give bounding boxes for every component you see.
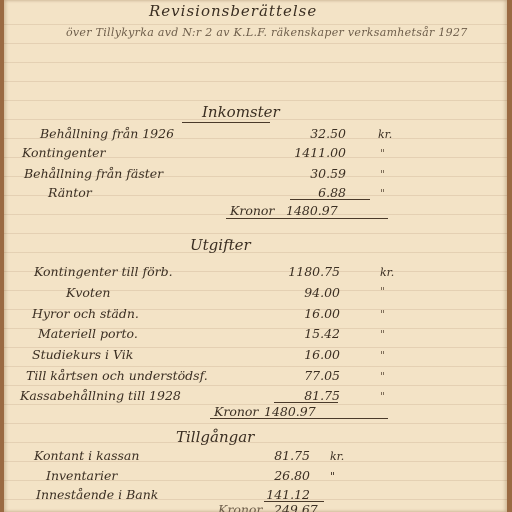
row-unit: " [330, 470, 335, 483]
row-unit: " [380, 147, 385, 160]
row-amount: 32.50 [266, 126, 346, 141]
row-unit: kr. [378, 128, 392, 141]
row-unit: kr. [380, 266, 394, 279]
ledger-page: Revisionsberättelse över Tillykyrka avd … [4, 0, 507, 512]
total-amount: 1480.97 [264, 404, 316, 419]
row-amount: 26.80 [230, 468, 310, 483]
row-unit: kr. [330, 450, 344, 463]
row-amount: 6.88 [266, 185, 346, 200]
total-label: Kronor [230, 203, 274, 218]
row-unit: " [380, 168, 385, 181]
row-amount: 1411.00 [266, 145, 346, 160]
row-amount: 30.59 [266, 166, 346, 181]
row-label: Hyror och städn. [32, 306, 139, 321]
row-label: Behållning från 1926 [40, 126, 174, 141]
total-amount: 1480.97 [286, 203, 338, 218]
row-label: Innestående i Bank [36, 487, 158, 502]
row-amount: 16.00 [260, 347, 340, 362]
row-amount: 81.75 [230, 448, 310, 463]
assets-heading: Tillgångar [176, 428, 254, 446]
expenses-heading: Utgifter [190, 236, 251, 254]
income-total-underline [226, 218, 388, 219]
row-amount: 81.75 [260, 388, 340, 403]
page-title: Revisionsberättelse [149, 2, 317, 20]
row-unit: " [380, 285, 385, 298]
row-label: Räntor [48, 185, 92, 200]
expenses-sum-line [274, 402, 338, 403]
expenses-total-underline [210, 418, 388, 419]
total-label: Kronor [218, 502, 262, 512]
total-label: Kronor [214, 404, 258, 419]
row-unit: " [380, 308, 385, 321]
row-unit: " [380, 390, 385, 403]
row-unit: " [380, 349, 385, 362]
row-label: Kvoten [66, 285, 110, 300]
row-label: Behållning från fäster [24, 166, 163, 181]
income-heading-underline [182, 122, 270, 123]
row-label: Kontant i kassan [34, 448, 139, 463]
row-amount: 94.00 [260, 285, 340, 300]
row-label: Studiekurs i Vik [32, 347, 133, 362]
row-amount: 141.12 [230, 487, 310, 502]
row-amount: 16.00 [260, 306, 340, 321]
row-amount: 77.05 [260, 368, 340, 383]
row-label: Till kårtsen och understödsf. [26, 368, 208, 383]
row-label: Kontingenter till förb. [34, 264, 173, 279]
row-label: Kontingenter [22, 145, 106, 160]
income-heading: Inkomster [202, 103, 280, 121]
page-subtitle: över Tillykyrka avd N:r 2 av K.L.F. räke… [66, 26, 468, 39]
row-amount: 1180.75 [260, 264, 340, 279]
row-amount: 15.42 [260, 326, 340, 341]
row-label: Materiell porto. [38, 326, 138, 341]
row-label: Kassabehållning till 1928 [20, 388, 181, 403]
total-amount: 249.67 [274, 502, 318, 512]
row-unit: " [380, 328, 385, 341]
income-sum-line [290, 199, 370, 200]
row-unit: " [380, 370, 385, 383]
row-unit: " [380, 187, 385, 200]
row-label: Inventarier [46, 468, 117, 483]
